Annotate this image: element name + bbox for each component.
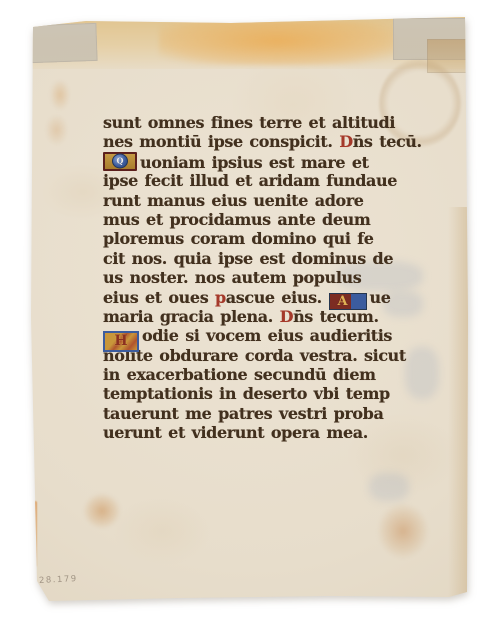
rubricated-letter: p xyxy=(215,288,226,307)
line-text: us noster. nos autem populus xyxy=(103,268,361,287)
line-text: maria gracia plena. xyxy=(103,307,280,326)
line-text: ploremus coram domino qui fe xyxy=(103,229,373,248)
manuscript-leaf: sunt omnes fines terre et altitudi nes m… xyxy=(31,17,468,601)
initial-Q-roundel: Q xyxy=(112,154,128,169)
illuminated-initial-Q: Q xyxy=(103,152,137,171)
text-line-5: runt manus eius uenite adore xyxy=(103,191,433,210)
text-line-13: nolite obdurare corda vestra. sicut xyxy=(103,346,433,365)
illuminated-initial-H: H xyxy=(103,331,139,352)
pencil-inventory-number: 28.179 xyxy=(39,574,78,586)
line-text: uoniam ipsius est mare et xyxy=(140,153,369,172)
line-text: ascue eius. xyxy=(226,288,329,307)
line-text: sunt omnes fines terre et altitudi xyxy=(103,113,395,132)
text-line-2: nes montiū ipse conspicit. Dn̄s tecū. xyxy=(103,132,433,151)
text-line-3: Quoniam ipsius est mare et xyxy=(103,152,433,171)
text-line-17: uerunt et viderunt opera mea. xyxy=(103,423,433,442)
text-line-7: ploremus coram domino qui fe xyxy=(103,229,433,248)
line-text: eius et oues xyxy=(103,288,215,307)
text-line-4: ipse fecit illud et aridam fundaue xyxy=(103,171,433,190)
text-line-9: us noster. nos autem populus xyxy=(103,268,433,287)
left-margin-stain xyxy=(43,81,77,151)
text-line-16: tauerunt me patres vestri proba xyxy=(103,404,433,423)
tape-stain-top-right xyxy=(427,39,468,73)
text-line-10: eius et oues pascue eius. Aue xyxy=(103,288,433,307)
bottom-left-stain xyxy=(83,493,121,529)
rubricated-letter: D xyxy=(280,307,293,326)
initial-H-letter: H xyxy=(114,333,127,349)
text-line-15: temptationis in deserto vbi temp xyxy=(103,384,433,403)
line-text: ue xyxy=(370,288,391,307)
right-edge-shading xyxy=(448,207,468,601)
text-line-8: cit nos. quia ipse est dominus de xyxy=(103,249,433,268)
illuminated-initial-A: A xyxy=(329,293,367,310)
text-line-14: in exacerbatione secundū diem xyxy=(103,365,433,384)
text-line-11: maria gracia plena. Dn̄s tecum. xyxy=(103,307,433,326)
text-line-6: mus et procidamus ante deum xyxy=(103,210,433,229)
glue-stain xyxy=(159,21,395,65)
left-edge-stain xyxy=(31,501,37,567)
line-text: runt manus eius uenite adore xyxy=(103,191,364,210)
line-text: n̄s tecum. xyxy=(293,307,379,326)
line-text: uerunt et viderunt opera mea. xyxy=(103,423,368,442)
line-text: nes montiū ipse conspicit. xyxy=(103,132,339,151)
initial-A-letter: A xyxy=(338,294,348,309)
line-text: mus et procidamus ante deum xyxy=(103,210,370,229)
text-line-12: Hodie si vocem eius audieritis xyxy=(103,326,433,345)
line-text: cit nos. quia ipse est dominus de xyxy=(103,249,393,268)
line-text: tauerunt me patres vestri proba xyxy=(103,404,383,423)
line-text: n̄s tecū. xyxy=(353,132,422,151)
text-line-1: sunt omnes fines terre et altitudi xyxy=(103,113,433,132)
line-text: temptationis in deserto vbi temp xyxy=(103,384,390,403)
text-block: sunt omnes fines terre et altitudi nes m… xyxy=(103,113,433,443)
line-text: nolite obdurare corda vestra. sicut xyxy=(103,346,406,365)
manuscript-photo: sunt omnes fines terre et altitudi nes m… xyxy=(31,17,468,601)
show-through-smudge xyxy=(369,473,409,501)
line-text: ipse fecit illud et aridam fundaue xyxy=(103,171,397,190)
rubricated-letter: D xyxy=(339,132,352,151)
line-text: odie si vocem eius audieritis xyxy=(142,326,392,345)
tape-fragment-top-left xyxy=(30,23,97,63)
bottom-right-stain xyxy=(377,503,429,559)
line-text: in exacerbatione secundū diem xyxy=(103,365,376,384)
